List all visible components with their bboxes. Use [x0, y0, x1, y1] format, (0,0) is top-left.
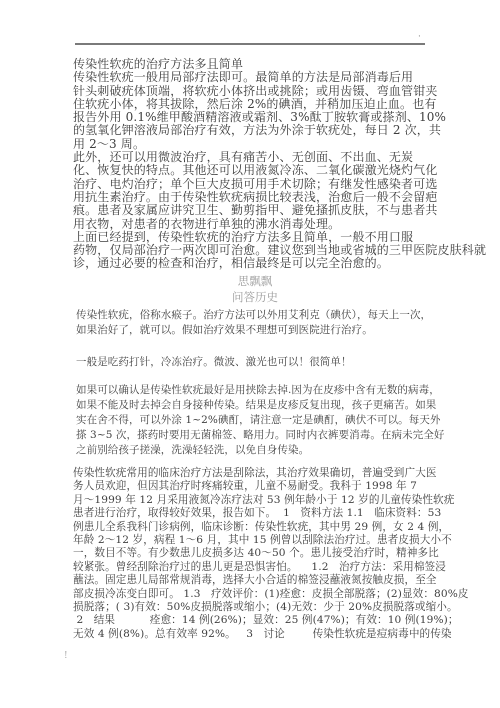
text-line: 搽 3~5 次，搽药时要用无菌棉签、略用力。同时内衣裤要消毒。在病未完全好: [76, 428, 445, 443]
answer-block-3: 如果可以确认是传染性软疣最好是用挟除去掉.因为在皮疹中含有无数的病毒， 如果不能…: [76, 383, 445, 458]
text-line: 针头刺破疣体顶端，将软疣小体挤出或挑除；或用齿镊、弯血管钳夹: [73, 85, 486, 98]
meta-block: 思飘飘 问答历史: [73, 273, 437, 305]
answer-block-1: 传染性软疣，俗称水瘊子。治疗方法可以外用艾利克（碘伏），每天上一次， 如果治好了…: [76, 308, 431, 338]
text-line: 实在舍不得，可以外涂 1~2%碘酊，请注意一定是碘酊，碘伏不可以。每天外: [76, 413, 445, 428]
article-body: 传染性软疣的治疗方法多且简单 传染性软疣一般用局部疗法即可。最简单的方法是局部消…: [73, 58, 486, 271]
text-line: 2 结果 痊愈：14 例(26%)；显效：25 例(47%)；有效：10 例(1…: [73, 614, 469, 627]
text-line: 例患儿全系我科门诊病例，临床诊断：传染性软疣，其中男 29 例，女 2 4 例，: [73, 521, 469, 534]
text-line: 损脱落；( 3)有效：50%皮损脱落或缩小；(4)无效：少于 20%皮损脱落或缩…: [73, 601, 469, 614]
text-line: 传染性软疣常用的临床治疗方法是刮除法，其治疗效果确切，普遍受到广大医: [73, 467, 469, 480]
text-line: 蘸法。固定患儿局部常规消毒，选择大小合适的棉签浸蘸液氮按触皮损，至全: [73, 574, 469, 587]
text-line: 用衣物，对患者的衣物进行单独的沸水消毒处理。: [73, 218, 486, 231]
text-line: 化、恢复快的特点。其他还可以用液氮冷冻、二氧化碳激光烧灼气化: [73, 164, 486, 177]
text-line: 痕。患者及家属应讲究卫生、勤剪指甲、避免搔抓皮肤，不与患者共: [73, 204, 486, 217]
section-label-qa-history: 问答历史: [73, 289, 437, 305]
text-line: 如果治好了，就可以。假如治疗效果不理想可到医院进行治疗。: [76, 323, 431, 338]
text-line: 患者进行治疗，取得较好效果，报告如下。 1 资料方法 1.1 临床资料：53: [73, 507, 469, 520]
text-line: 务人员欢迎，但因其治疗时疼痛较重，儿童不易耐受。我科于 1998 年 7: [73, 480, 469, 493]
author-name: 思飘飘: [73, 273, 437, 289]
footer-stray-mark: !: [64, 651, 68, 661]
text-line: 一般是吃药打针，冷冻治疗。微波、激光也可以！很简单！: [76, 355, 352, 370]
text-line: 月～1999 年 12 月采用液氮冷冻疗法对 53 例年龄小于 12 岁的儿童传…: [73, 494, 469, 507]
text-line: 无效 4 例(8%)。总有效率 92%。 3 讨论 传染性软疣是痘病毒中的传染: [73, 628, 469, 641]
text-line: 诊，通过必要的检查和治疗，相信最终是可以完全治愈的。: [73, 257, 486, 270]
text-line: 如果不能及时去掉会自身接种传染。结果是皮疹反复出现，孩子更痛苦。如果: [76, 398, 445, 413]
text-line: 传染性软疣，俗称水瘊子。治疗方法可以外用艾利克（碘伏），每天上一次，: [76, 308, 431, 323]
text-line: 的氢氧化钾溶液局部治疗有效，方法为外涂于软疣处，每日 2 次，共: [73, 124, 486, 137]
document-page: · 传染性软疣的治疗方法多且简单 传染性软疣一般用局部疗法即可。最简单的方法是局…: [0, 0, 500, 708]
answer-block-4: 传染性软疣常用的临床治疗方法是刮除法，其治疗效果确切，普遍受到广大医 务人员欢迎…: [73, 467, 469, 641]
header-rule-mark: ·: [418, 32, 421, 42]
answer-block-2: 一般是吃药打针，冷冻治疗。微波、激光也可以！很简单！: [76, 355, 352, 370]
text-line: 传染性软疣一般用局部疗法即可。最简单的方法是局部消毒后用: [73, 71, 486, 84]
header-rule: [75, 43, 425, 45]
text-line: 治疗、电灼治疗；单个巨大皮损可用手术切除；有继发性感染者可选: [73, 178, 486, 191]
text-line: 一，数目不等。有少数患儿皮损多达 40～50 个。患儿接受治疗时，精神多比: [73, 547, 469, 560]
text-line: 较紧张。曾经刮除治疗过的患儿更是恐惧害怕。 1.2 治疗方法：采用棉签浸: [73, 561, 469, 574]
text-line: 如果可以确认是传染性软疣最好是用挟除去掉.因为在皮疹中含有无数的病毒，: [76, 383, 445, 398]
text-line: 年龄 2～12 岁，病程 1～6 月，其中 15 例曾以刮除法治疗过。患者皮损大…: [73, 534, 469, 547]
text-line: 部皮损冷冻变白即可。 1.3 疗效评价：(1)痊愈：皮损全部脱落；(2)显效：8…: [73, 588, 469, 601]
text-line: 之前别给孩子搓澡，洗澡轻轻洗，以免自身传染。: [76, 443, 445, 458]
